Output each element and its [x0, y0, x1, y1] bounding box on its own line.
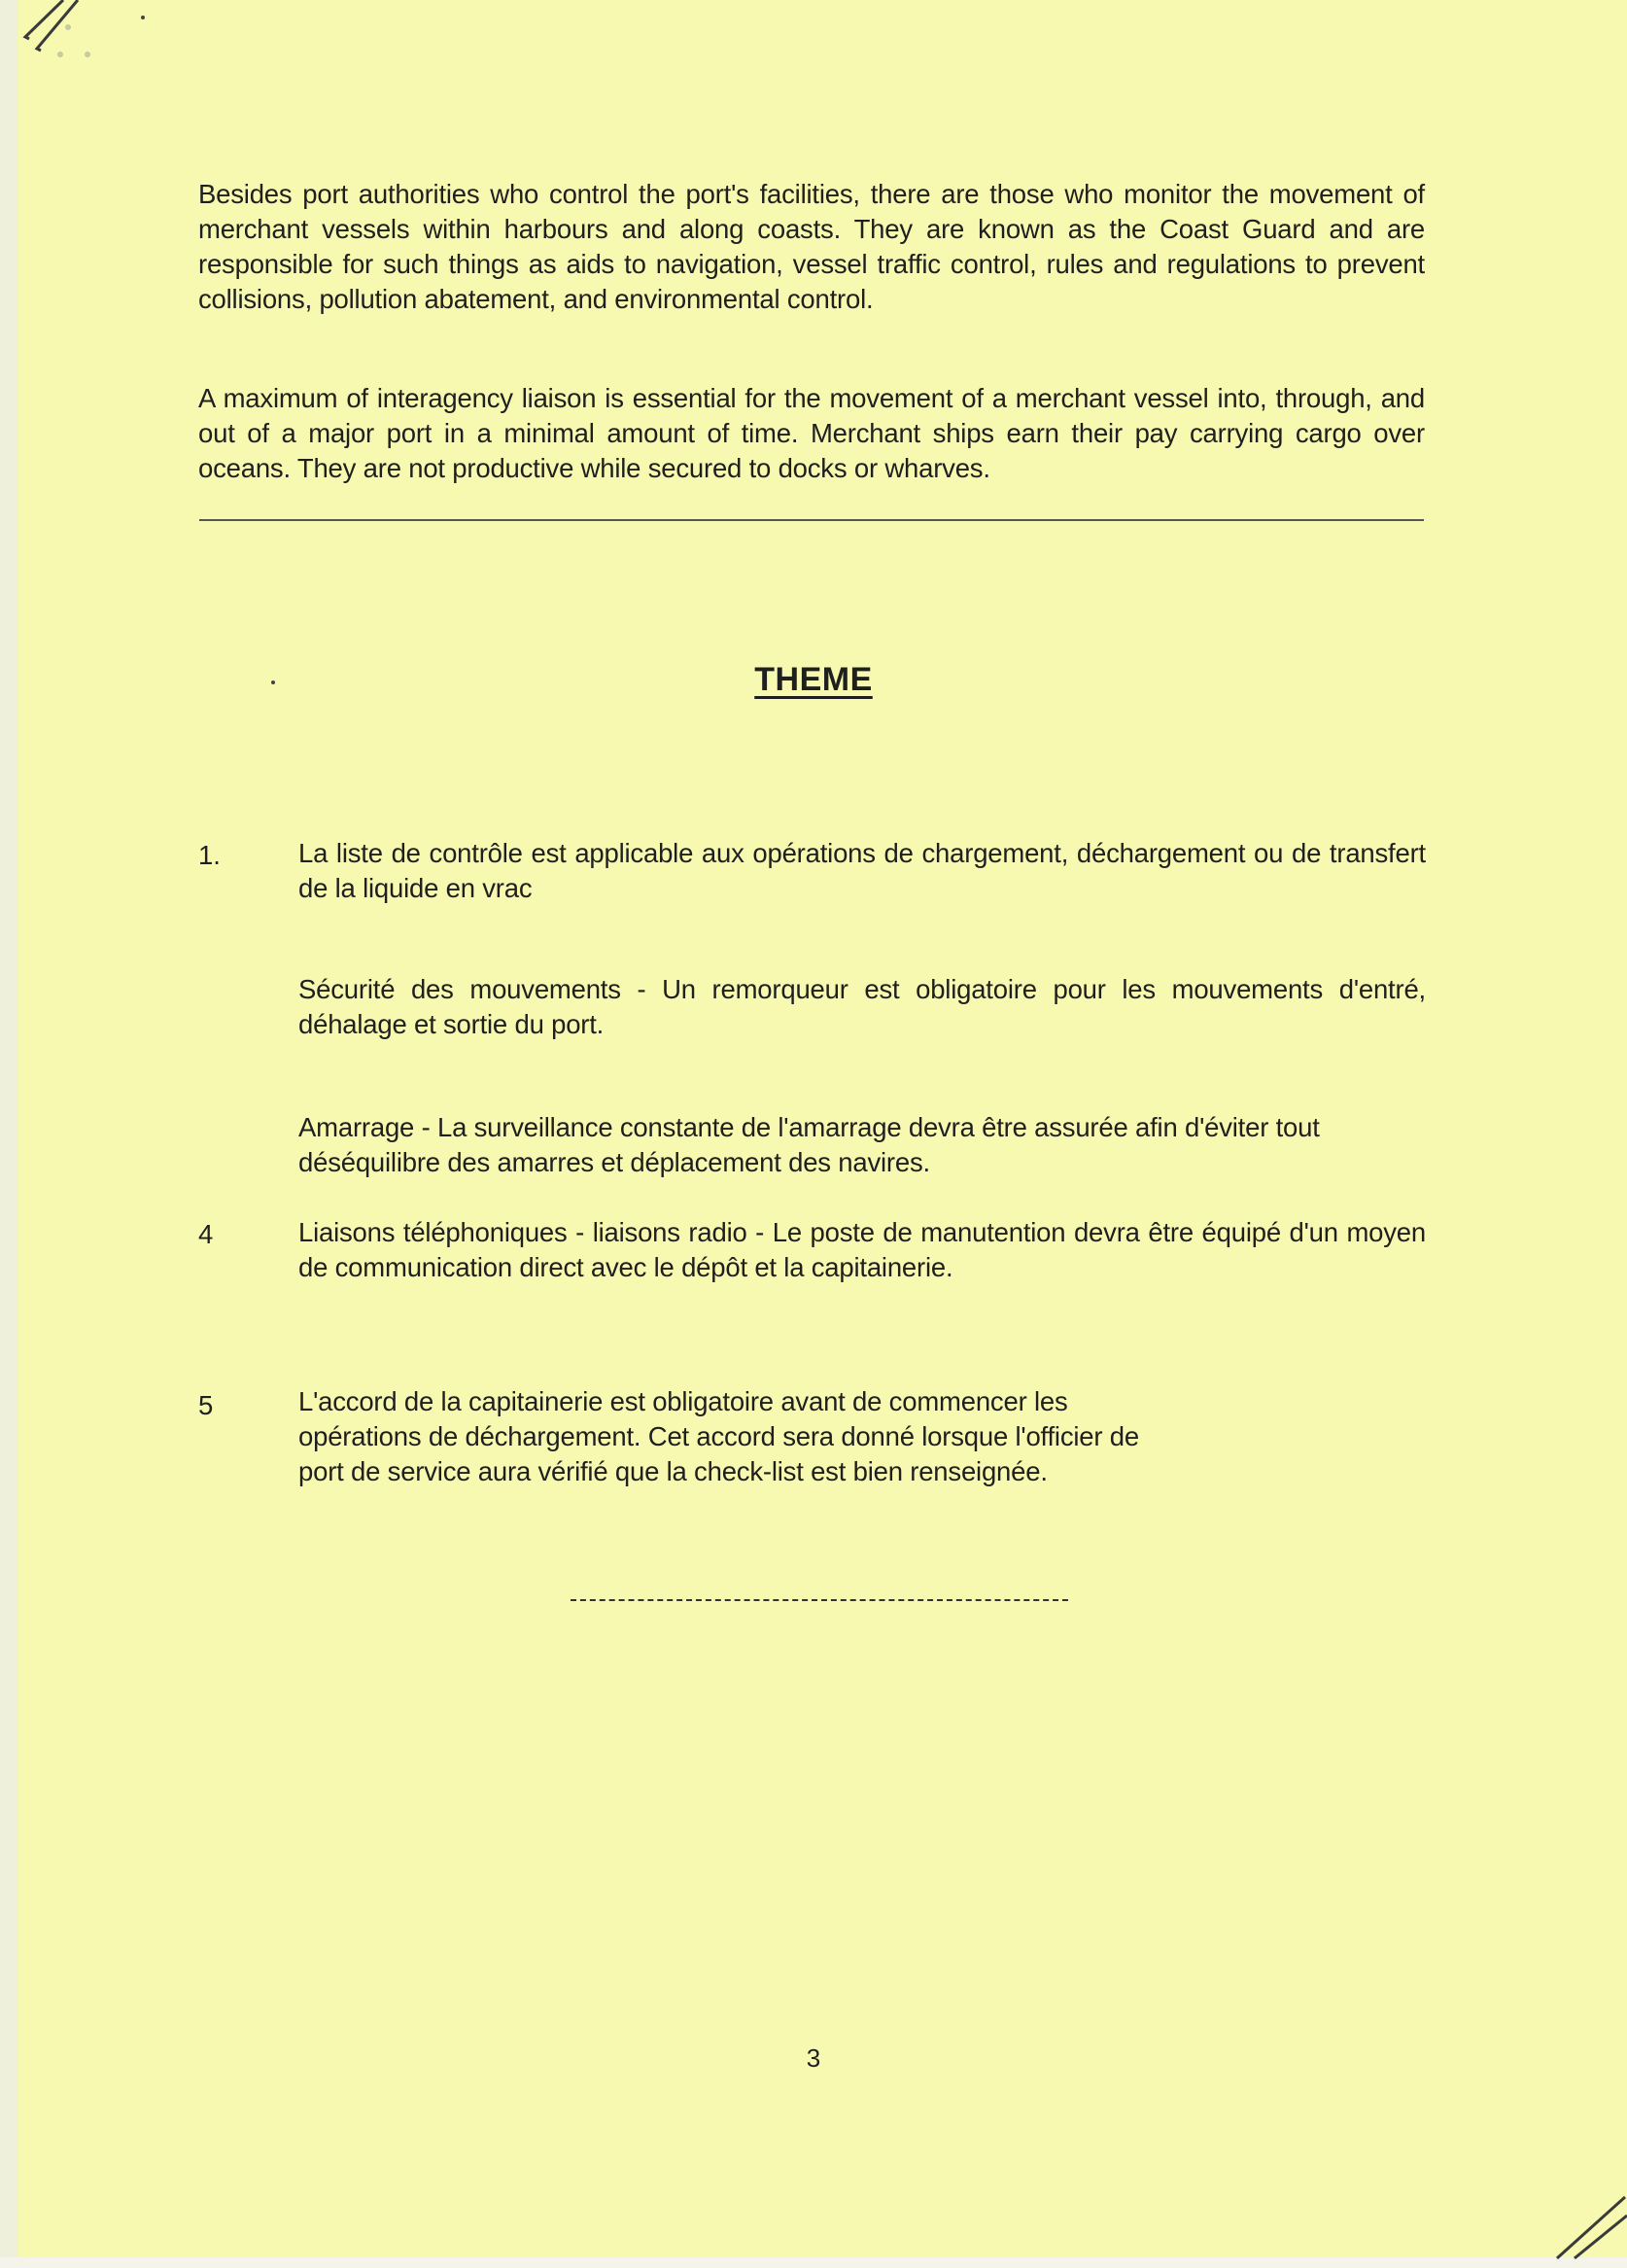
paragraph-text: Besides port authorities who control the…: [198, 177, 1425, 317]
item-line: port de service aura vérifié que la chec…: [298, 1454, 1270, 1489]
theme-heading: THEME: [0, 661, 1627, 699]
scan-margin-bottom: [0, 2257, 1627, 2268]
paragraph-text: A maximum of interagency liaison is esse…: [198, 381, 1425, 486]
theme-item-3: Amarrage - La surveillance constante de …: [298, 1110, 1406, 1180]
theme-item-2: Sécurité des mouvements - Un remorqueur …: [298, 972, 1426, 1042]
intro-paragraph-1: Besides port authorities who control the…: [198, 177, 1425, 317]
item-number: 1.: [198, 838, 221, 873]
scan-margin-left: [0, 0, 17, 2268]
item-number: 5: [198, 1388, 213, 1423]
intro-paragraph-2: A maximum of interagency liaison is esse…: [198, 381, 1425, 486]
pen-slash-mark-bottom-right-icon: [1555, 2192, 1627, 2260]
pen-slash-mark-top-left-icon: [19, 0, 107, 58]
section-divider: [199, 519, 1424, 521]
theme-item-4: Liaisons téléphoniques - liaisons radio …: [298, 1215, 1426, 1285]
item-line: L'accord de la capitainerie est obligato…: [298, 1384, 1270, 1419]
theme-item-1: La liste de contrôle est applicable aux …: [298, 836, 1426, 906]
theme-item-5: L'accord de la capitainerie est obligato…: [298, 1384, 1270, 1489]
item-number: 4: [198, 1217, 213, 1252]
page-number: 3: [0, 2043, 1627, 2074]
scan-speck: [141, 16, 145, 19]
item-line: opérations de déchargement. Cet accord s…: [298, 1419, 1270, 1454]
end-dashed-divider: [571, 1599, 1068, 1601]
